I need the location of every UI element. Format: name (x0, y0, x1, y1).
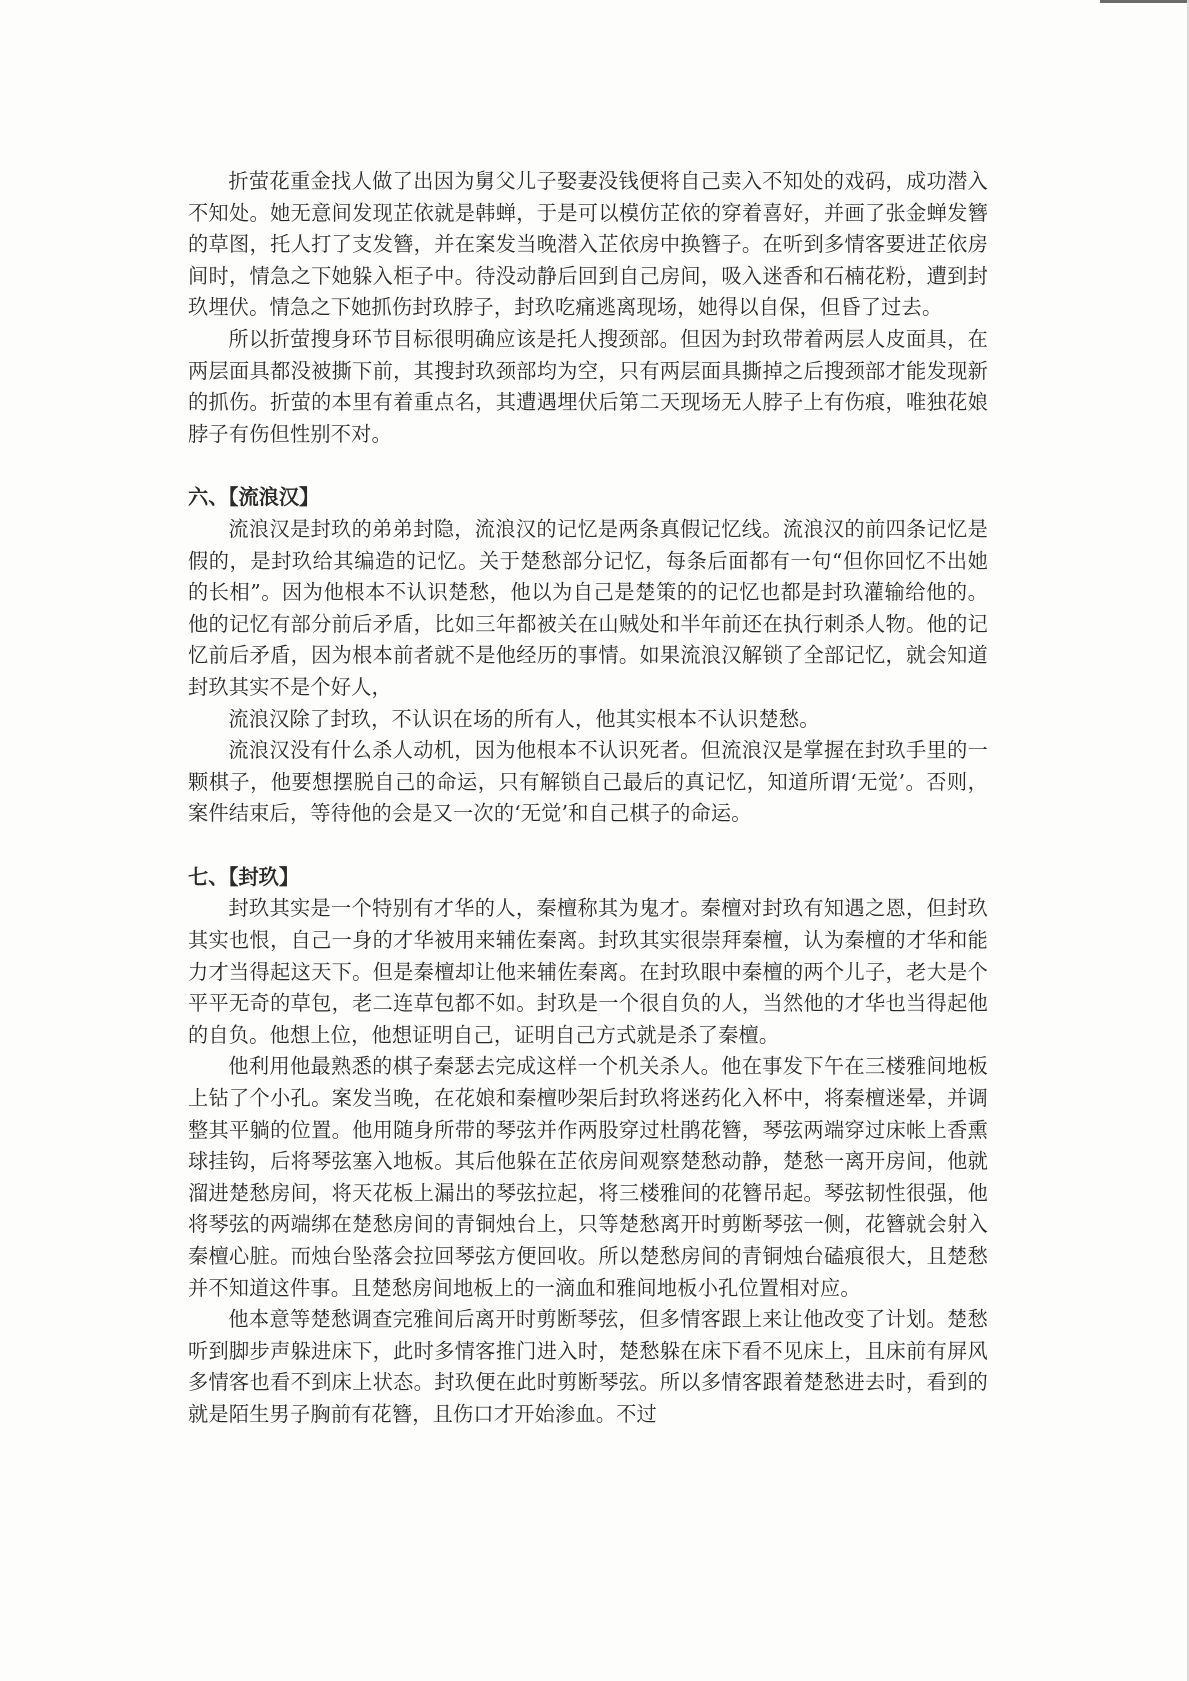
section-fengjiu: 七、【封玖】 封玖其实是一个特别有才华的人，秦檀称其为鬼才。秦檀对封玖有知遇之恩… (188, 862, 988, 1431)
paragraph: 封玖其实是一个特别有才华的人，秦檀称其为鬼才。秦檀对封玖有知遇之恩，但封玖其实也… (188, 893, 988, 1051)
document-page: 折萤花重金找人做了出因为舅父儿子娶妻没钱便将自己卖入不知处的戏码，成功潜入不知处… (188, 166, 988, 1431)
paragraph: 他利用他最熟悉的棋子秦瑟去完成这样一个机关杀人。他在事发下午在三楼雅间地板上钻了… (188, 1051, 988, 1304)
section-spacer (188, 450, 988, 482)
section-zheying-continued: 折萤花重金找人做了出因为舅父儿子娶妻没钱便将自己卖入不知处的戏码，成功潜入不知处… (188, 166, 988, 450)
section-heading: 七、【封玖】 (188, 862, 988, 894)
section-spacer (188, 830, 988, 862)
paragraph: 流浪汉除了封玖，不认识在场的所有人，他其实根本不认识楚愁。 (188, 704, 988, 736)
section-heading: 六、【流浪汉】 (188, 482, 988, 514)
scan-top-edge (1100, 0, 1189, 3)
paragraph: 流浪汉没有什么杀人动机，因为他根本不认识死者。但流浪汉是掌握在封玖手里的一颗棋子… (188, 735, 988, 830)
section-vagrant: 六、【流浪汉】 流浪汉是封玖的弟弟封隐，流浪汉的记忆是两条真假记忆线。流浪汉的前… (188, 482, 988, 830)
paragraph: 流浪汉是封玖的弟弟封隐，流浪汉的记忆是两条真假记忆线。流浪汉的前四条记忆是假的，… (188, 514, 988, 704)
paragraph: 所以折萤搜身环节目标很明确应该是托人搜颈部。但因为封玖带着两层人皮面具，在两层面… (188, 324, 988, 450)
paragraph: 他本意等楚愁调查完雅间后离开时剪断琴弦，但多情客跟上来让他改变了计划。楚愁听到脚… (188, 1304, 988, 1430)
paragraph: 折萤花重金找人做了出因为舅父儿子娶妻没钱便将自己卖入不知处的戏码，成功潜入不知处… (188, 166, 988, 324)
